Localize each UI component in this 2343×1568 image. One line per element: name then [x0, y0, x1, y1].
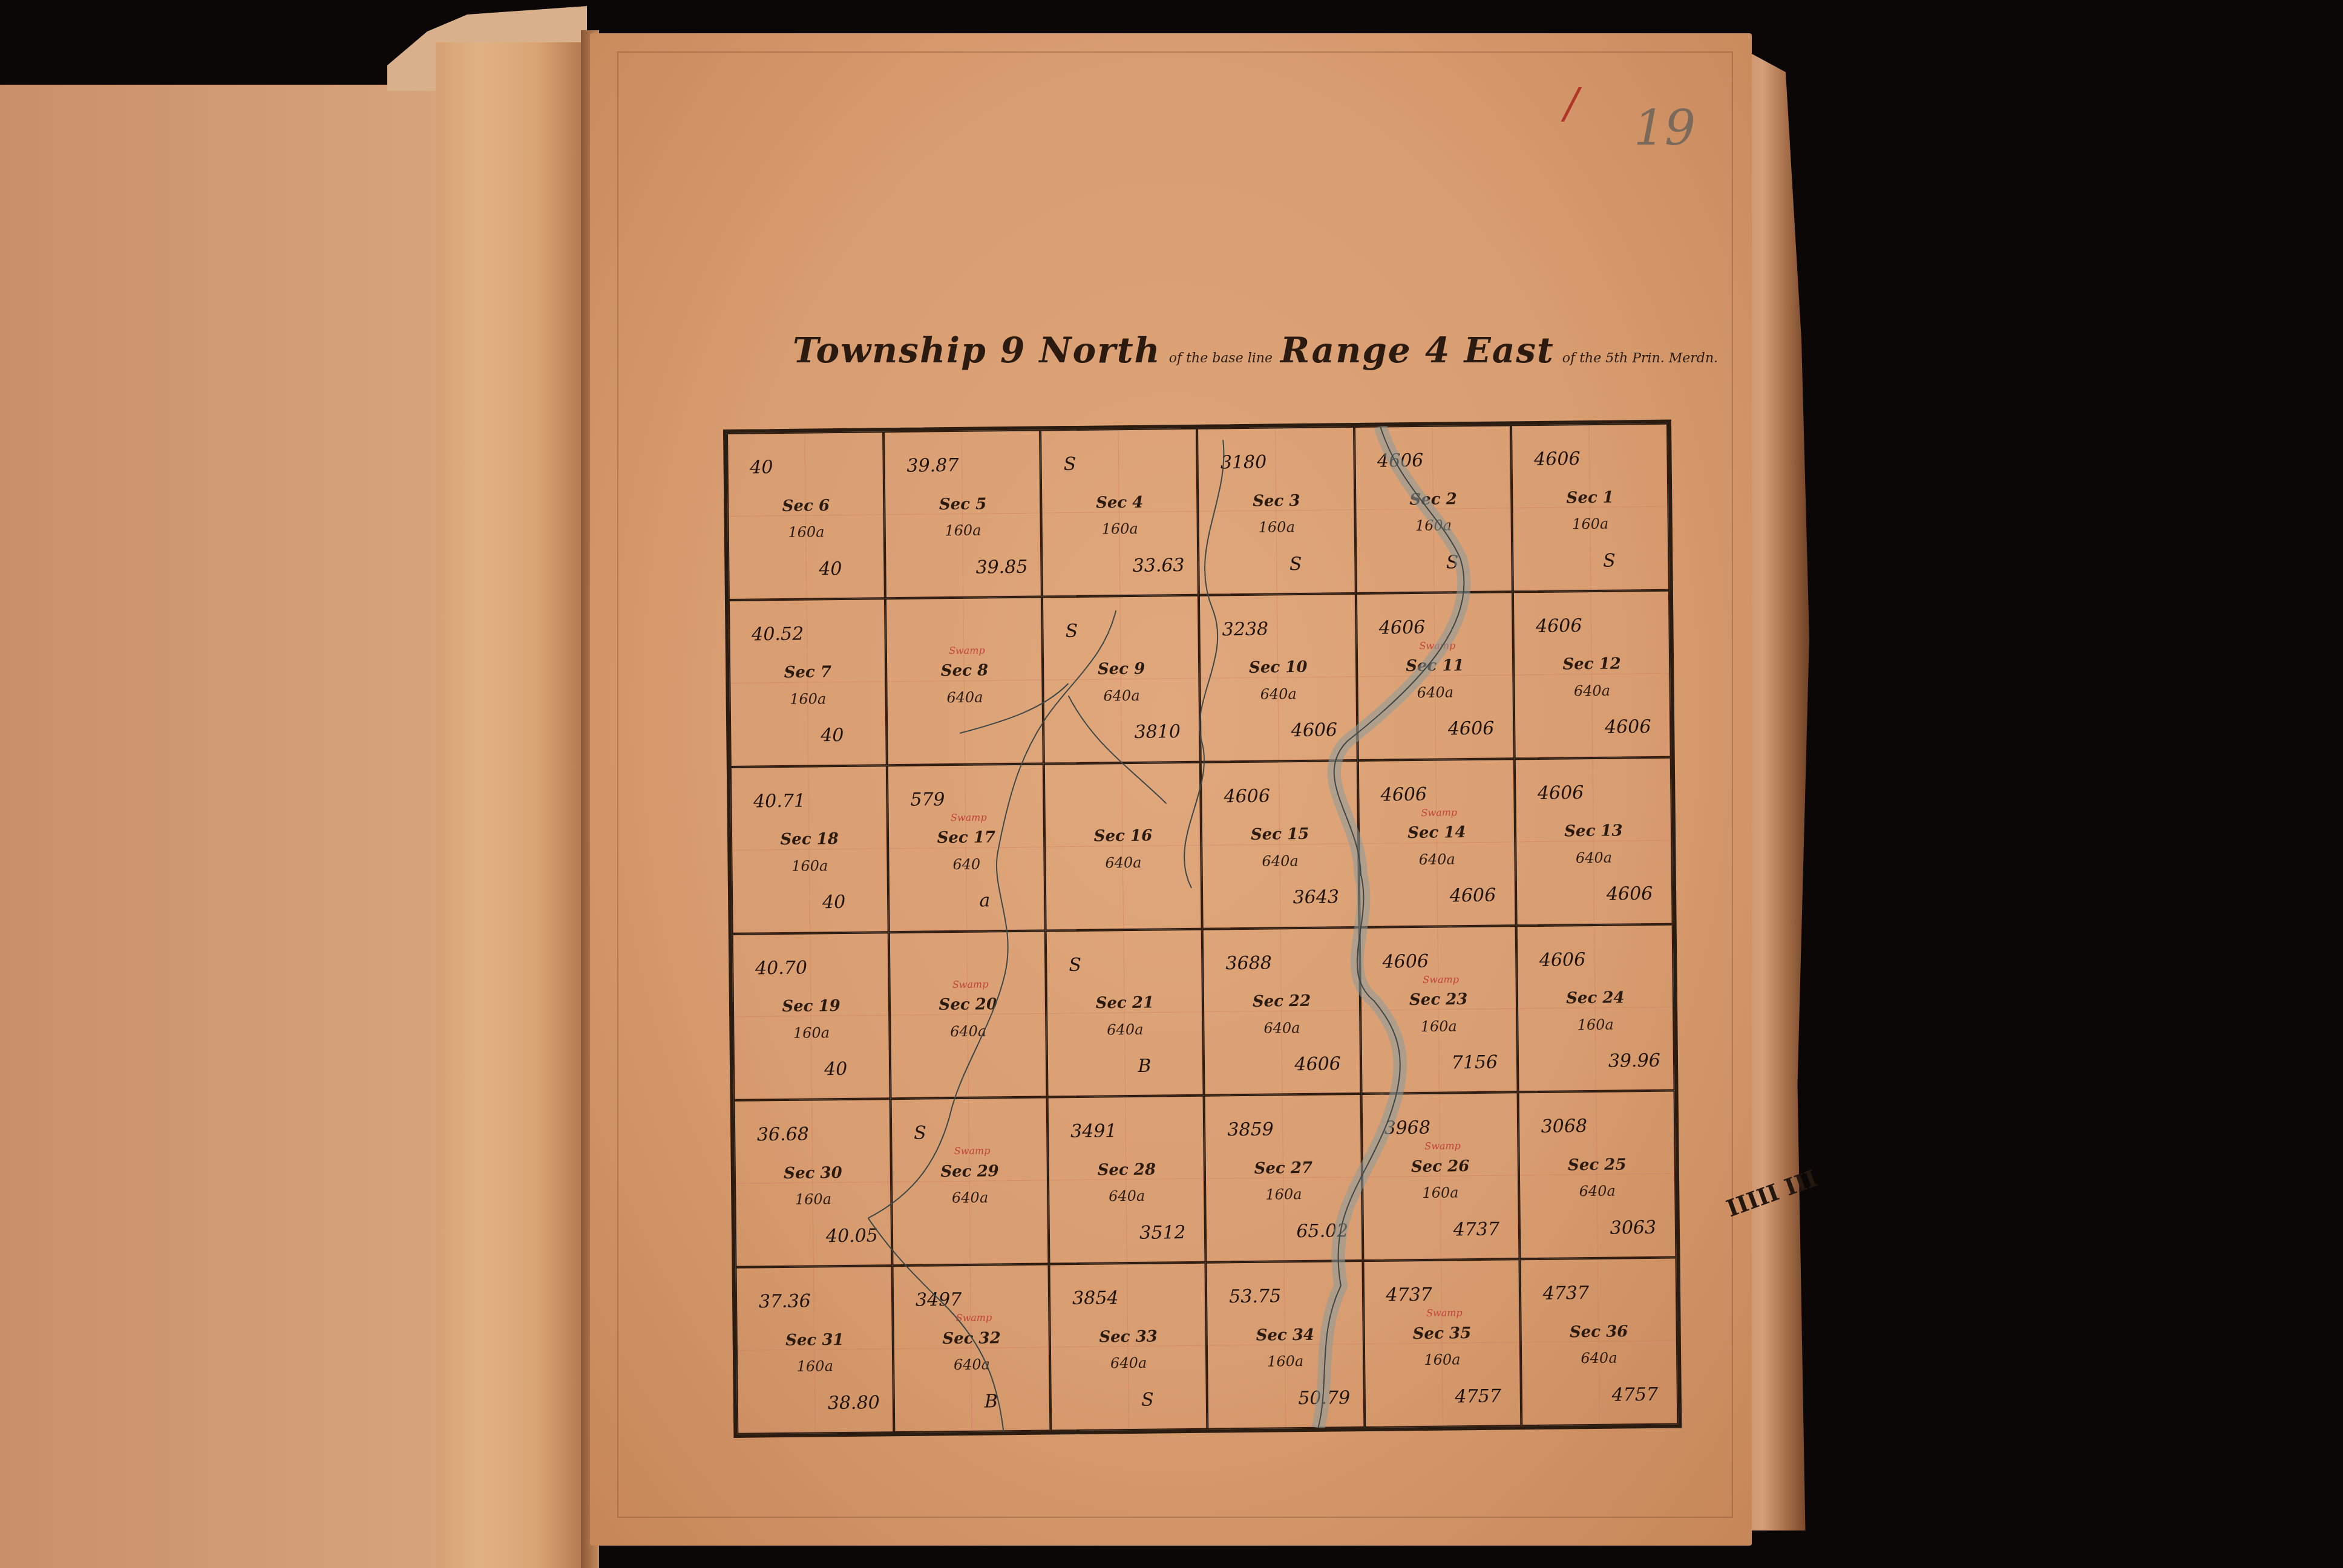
- section-acreage: 640a: [946, 688, 983, 706]
- section-annotation: B: [1138, 1056, 1151, 1077]
- section-annotation: 4606: [1607, 883, 1653, 905]
- section-annotation: 4606: [1538, 782, 1584, 804]
- section-22: Sec 22640a36884606: [1202, 927, 1361, 1096]
- section-acreage: 160a: [1415, 517, 1452, 534]
- section-label: Sec 14: [1407, 823, 1466, 842]
- section-label: Sec 9: [1098, 660, 1145, 679]
- section-annotation: S: [1069, 954, 1081, 975]
- section-annotation: S: [914, 1123, 926, 1144]
- section-acreage: 160a: [1578, 1016, 1614, 1033]
- section-label: Sec 11: [1406, 657, 1464, 676]
- section-28: Sec 28640a34913512: [1047, 1096, 1206, 1264]
- section-annotation: 39.85: [975, 556, 1027, 578]
- section-label: Sec 2: [1409, 490, 1457, 509]
- section-acreage: 640a: [1574, 682, 1610, 700]
- book-spine: [436, 42, 581, 1568]
- section-annotation: 4606: [1534, 448, 1581, 470]
- swamp-label: Swamp: [1419, 639, 1455, 652]
- section-acreage: 160a: [795, 1191, 831, 1209]
- section-label: Sec 3: [1253, 492, 1300, 511]
- section-annotation: 3854: [1072, 1287, 1119, 1309]
- section-annotation: 4606: [1539, 949, 1586, 971]
- section-label: Sec 25: [1568, 1155, 1627, 1174]
- section-acreage: 640: [952, 855, 980, 872]
- section-30: Sec 30160a36.6840.05: [734, 1099, 893, 1267]
- section-annotation: 4606: [1224, 785, 1270, 807]
- section-annotation: 4737: [1453, 1219, 1499, 1241]
- section-annotation: 3497: [916, 1289, 962, 1311]
- swamp-label: Swamp: [1421, 806, 1457, 818]
- section-annotation: 40: [821, 725, 844, 746]
- section-12: Sec 12640a46064606: [1513, 590, 1671, 759]
- section-label: Sec 34: [1256, 1326, 1314, 1345]
- section-label: Sec 23: [1409, 990, 1468, 1009]
- section-13: Sec 13640a46064606: [1515, 757, 1673, 926]
- section-annotation: 4606: [1536, 615, 1582, 637]
- page-number: 19: [1634, 100, 1696, 156]
- section-annotation: a: [979, 890, 990, 912]
- section-acreage: 160a: [1420, 1018, 1457, 1035]
- section-label: Sec 28: [1097, 1161, 1156, 1180]
- section-acreage: 640a: [1576, 849, 1612, 866]
- section-annotation: S: [1603, 550, 1616, 571]
- section-annotation: 4606: [1379, 617, 1426, 639]
- section-label: Sec 4: [1096, 493, 1144, 512]
- swamp-label: Swamp: [951, 811, 987, 823]
- section-label: Sec 24: [1566, 989, 1625, 1008]
- section-10: Sec 10640a32384606: [1199, 593, 1357, 762]
- section-acreage: 640a: [950, 1022, 986, 1040]
- section-annotation: 4606: [1381, 784, 1427, 806]
- section-9: Sec 9640aS3810: [1042, 595, 1201, 764]
- section-8: Sec 8640aSwamp: [885, 596, 1044, 765]
- section-label: Sec 16: [1094, 827, 1153, 846]
- section-label: Sec 5: [939, 495, 987, 514]
- section-acreage: 640a: [1107, 1021, 1143, 1038]
- section-acreage: 640a: [1417, 684, 1453, 701]
- left-page: [0, 85, 460, 1568]
- section-acreage: 160a: [1101, 520, 1138, 538]
- section-annotation: 3180: [1221, 452, 1267, 474]
- section-acreage: 640a: [1419, 851, 1455, 868]
- section-label: Sec 12: [1562, 655, 1621, 674]
- section-annotation: 4606: [1377, 450, 1424, 472]
- section-32: Sec 32640a3497BSwamp: [893, 1264, 1051, 1433]
- section-acreage: 640a: [1263, 1019, 1300, 1037]
- map-title: Township 9 North of the base line Range …: [793, 330, 1731, 371]
- section-annotation: 50.79: [1298, 1387, 1350, 1409]
- section-annotation: 4606: [1291, 720, 1338, 742]
- section-annotation: 65.02: [1296, 1220, 1348, 1242]
- section-6: Sec 6160a4040: [727, 431, 885, 600]
- section-label: Sec 31: [785, 1331, 844, 1350]
- section-annotation: S: [1446, 552, 1459, 573]
- section-annotation: 3810: [1134, 722, 1181, 743]
- section-label: Sec 35: [1413, 1324, 1472, 1343]
- section-label: Sec 8: [941, 662, 989, 681]
- section-annotation: 3968: [1384, 1117, 1430, 1139]
- township-plat-grid: Sec 6160a4040Sec 5160a39.8739.85Sec 4160…: [723, 420, 1682, 1438]
- section-label: Sec 22: [1253, 992, 1311, 1011]
- section-acreage: 640a: [1103, 687, 1139, 705]
- section-label: Sec 6: [782, 497, 830, 515]
- section-annotation: B: [985, 1391, 998, 1412]
- section-label: Sec 32: [942, 1329, 1001, 1348]
- section-annotation: 4606: [1294, 1053, 1341, 1075]
- section-label: Sec 19: [782, 997, 841, 1016]
- section-16: Sec 16640a: [1044, 762, 1202, 930]
- section-label: Sec 27: [1254, 1159, 1313, 1178]
- section-annotation: 4737: [1542, 1282, 1589, 1304]
- section-acreage: 640a: [1109, 1187, 1145, 1205]
- section-annotation: 40.52: [752, 624, 804, 645]
- section-annotation: 4757: [1455, 1385, 1501, 1407]
- section-annotation: 33.63: [1133, 555, 1185, 577]
- section-acreage: 160a: [791, 857, 828, 875]
- section-annotation: 3491: [1070, 1121, 1117, 1143]
- title-township: Township 9 North: [793, 330, 1161, 371]
- section-acreage: 160a: [797, 1357, 833, 1375]
- section-2: Sec 2160a4606S: [1354, 425, 1513, 593]
- section-31: Sec 31160a37.3638.80: [736, 1266, 894, 1434]
- section-acreage: 640a: [1579, 1183, 1615, 1200]
- section-acreage: 640a: [1105, 854, 1141, 872]
- section-acreage: 160a: [1259, 518, 1295, 536]
- section-annotation: 3859: [1227, 1119, 1274, 1141]
- swamp-label: Swamp: [956, 1312, 992, 1324]
- section-acreage: 640a: [1262, 852, 1298, 870]
- section-34: Sec 34160a53.7550.79: [1206, 1261, 1365, 1429]
- section-annotation: S: [1065, 621, 1078, 642]
- swamp-label: Swamp: [1423, 973, 1459, 985]
- title-meridian: of the 5th Prin. Merdn.: [1562, 351, 1718, 366]
- section-label: Sec 7: [784, 664, 831, 682]
- section-annotation: 3068: [1541, 1116, 1588, 1137]
- section-annotation: S: [1141, 1389, 1154, 1410]
- section-annotation: 40.05: [826, 1225, 878, 1247]
- section-24: Sec 24160a460639.96: [1516, 924, 1674, 1093]
- section-18: Sec 18160a40.7140: [730, 765, 889, 934]
- section-label: Sec 13: [1564, 822, 1623, 841]
- section-label: Sec 30: [784, 1164, 842, 1183]
- swamp-label: Swamp: [952, 978, 989, 990]
- section-annotation: 4606: [1605, 716, 1651, 738]
- section-acreage: 160a: [1265, 1186, 1302, 1203]
- section-annotation: 579: [910, 789, 945, 811]
- section-33: Sec 33640a3854S: [1049, 1263, 1208, 1431]
- section-acreage: 160a: [945, 522, 981, 540]
- section-acreage: 640a: [954, 1356, 990, 1374]
- section-annotation: 53.75: [1229, 1286, 1281, 1308]
- section-label: Sec 29: [940, 1162, 999, 1181]
- section-4: Sec 4160aS33.63: [1040, 428, 1199, 597]
- section-36: Sec 36640a47374757: [1519, 1258, 1678, 1426]
- section-annotation: 36.68: [757, 1124, 809, 1146]
- section-annotation: 4606: [1382, 950, 1429, 972]
- section-acreage: 160a: [1424, 1351, 1460, 1369]
- section-annotation: S: [1289, 554, 1302, 575]
- section-annotation: 4737: [1386, 1284, 1432, 1306]
- section-acreage: 160a: [1267, 1353, 1303, 1370]
- section-annotation: 38.80: [828, 1392, 880, 1414]
- section-annotation: 40: [819, 558, 842, 580]
- section-label: Sec 15: [1251, 825, 1309, 844]
- section-annotation: S: [1063, 454, 1076, 475]
- swamp-label: Swamp: [949, 644, 985, 656]
- section-14: Sec 14640a46064606Swamp: [1357, 759, 1516, 927]
- section-annotation: 40.70: [755, 957, 807, 979]
- section-annotation: 3063: [1610, 1217, 1657, 1239]
- section-21: Sec 21640aSB: [1046, 929, 1204, 1097]
- section-35: Sec 35160a47374757Swamp: [1363, 1259, 1521, 1428]
- section-annotation: 39.87: [906, 455, 958, 477]
- section-annotation: 39.96: [1608, 1050, 1660, 1072]
- section-acreage: 160a: [1572, 515, 1608, 533]
- section-19: Sec 19160a40.7040: [732, 932, 891, 1101]
- section-label: Sec 20: [939, 995, 997, 1014]
- section-annotation: 4757: [1611, 1384, 1658, 1406]
- section-23: Sec 23160a46067156Swamp: [1359, 926, 1518, 1094]
- section-26: Sec 26160a39684737Swamp: [1361, 1093, 1519, 1261]
- section-acreage: 640a: [1581, 1350, 1617, 1367]
- section-annotation: 3643: [1293, 887, 1339, 909]
- section-annotation: 3688: [1225, 952, 1272, 974]
- section-29: Sec 29640aSSwamp: [891, 1097, 1049, 1266]
- section-label: Sec 21: [1096, 994, 1155, 1013]
- section-acreage: 160a: [1422, 1184, 1458, 1202]
- section-annotation: 3238: [1222, 618, 1269, 640]
- title-base-line: of the base line: [1169, 351, 1273, 366]
- red-margin-mark: /: [1564, 79, 1579, 128]
- section-annotation: 4606: [1450, 885, 1496, 907]
- section-25: Sec 25640a30683063: [1518, 1091, 1676, 1259]
- section-annotation: 4606: [1448, 718, 1495, 740]
- section-label: Sec 33: [1099, 1327, 1158, 1346]
- section-3: Sec 3160a3180S: [1198, 426, 1356, 595]
- section-27: Sec 27160a385965.02: [1204, 1094, 1363, 1263]
- section-label: Sec 17: [937, 829, 995, 848]
- section-annotation: 3512: [1139, 1222, 1186, 1244]
- section-annotation: 40: [822, 892, 846, 913]
- section-acreage: 160a: [790, 690, 826, 708]
- section-label: Sec 36: [1570, 1322, 1628, 1341]
- section-acreage: 640a: [1110, 1354, 1147, 1372]
- section-7: Sec 7160a40.5240: [729, 598, 887, 767]
- section-1: Sec 1160a4606S: [1511, 423, 1670, 592]
- section-annotation: 40: [750, 457, 773, 478]
- section-annotation: 40.71: [753, 790, 805, 812]
- section-acreage: 160a: [793, 1024, 830, 1042]
- section-5: Sec 5160a39.8739.85: [883, 430, 1042, 599]
- section-15: Sec 15640a46063643: [1201, 760, 1359, 929]
- section-11: Sec 11640a46064606Swamp: [1356, 592, 1515, 760]
- section-annotation: 7156: [1451, 1052, 1498, 1074]
- section-label: Sec 10: [1249, 658, 1308, 677]
- section-acreage: 640a: [952, 1189, 988, 1207]
- section-acreage: 160a: [788, 523, 824, 541]
- section-17: Sec 17640579aSwamp: [887, 763, 1046, 932]
- section-annotation: 40: [824, 1059, 848, 1080]
- section-label: Sec 26: [1411, 1157, 1470, 1176]
- section-20: Sec 20640aSwamp: [889, 930, 1047, 1099]
- swamp-label: Swamp: [1424, 1140, 1461, 1152]
- section-acreage: 640a: [1260, 685, 1296, 703]
- section-label: Sec 1: [1566, 488, 1614, 507]
- section-label: Sec 18: [780, 830, 839, 849]
- swamp-label: Swamp: [954, 1145, 991, 1157]
- section-annotation: 37.36: [759, 1291, 811, 1313]
- title-range: Range 4 East: [1280, 330, 1555, 371]
- swamp-label: Swamp: [1426, 1307, 1463, 1319]
